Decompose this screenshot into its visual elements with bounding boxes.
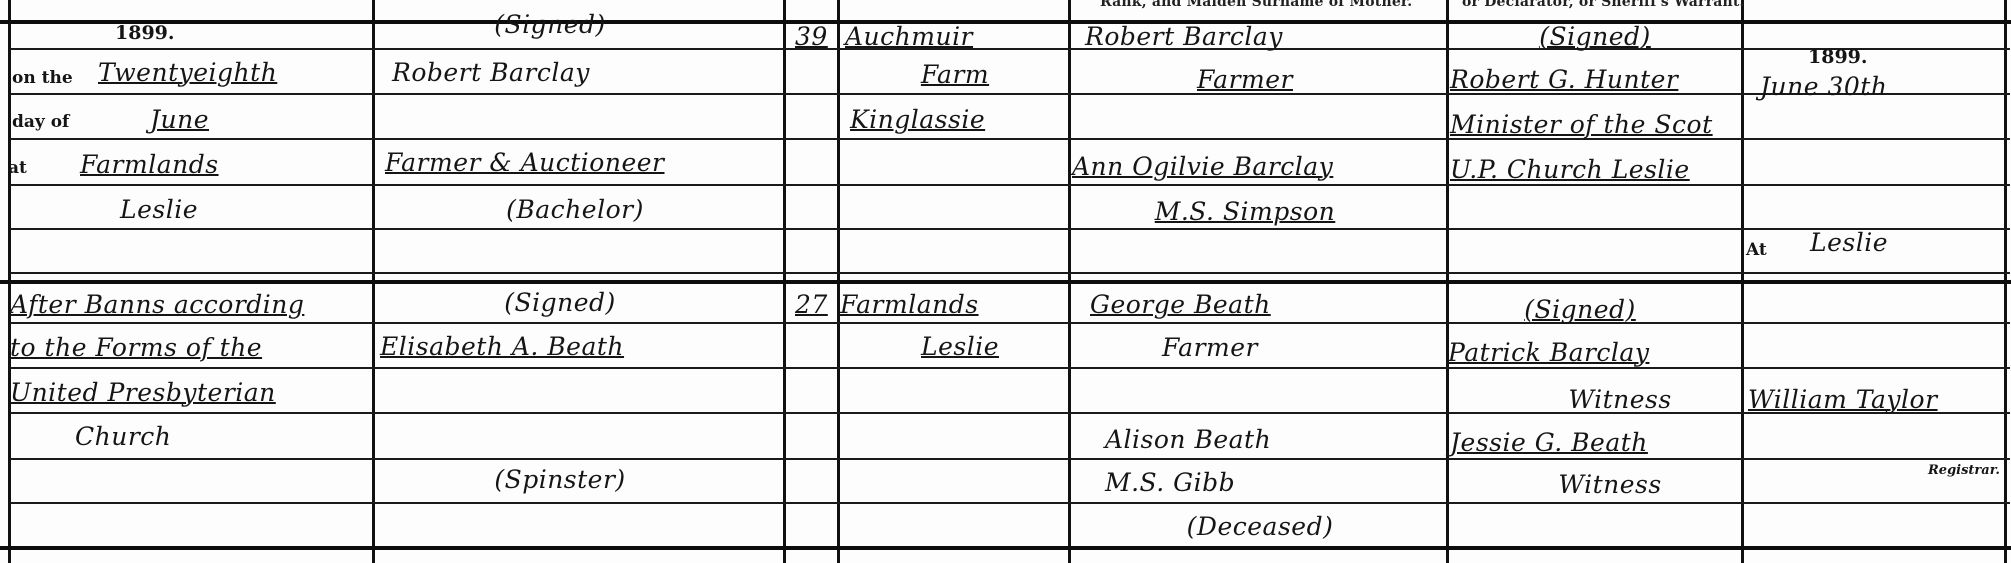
groom-mother-name: Ann Ogilvie Barclay (1072, 152, 1333, 181)
officiant-signed: (Signed) (1539, 22, 1651, 51)
groom-residence-2: Farm (921, 60, 989, 89)
bride-residence-2: Leslie (921, 332, 999, 361)
witness2-name: Jessie G. Beath (1450, 428, 1648, 457)
marriage-place-2: Leslie (120, 195, 198, 224)
header-mother-column: Rank, and Maiden Surname of Mother. (1100, 0, 1412, 10)
bride-age: 27 (795, 290, 828, 319)
row-rule (10, 48, 2010, 50)
row-rule (10, 184, 2010, 186)
header-declarator-column: or Declarator, or Sheriff's Warrant. (1462, 0, 1745, 10)
groom-father-occupation: Farmer (1197, 65, 1293, 94)
marriage-place-1: Farmlands (80, 150, 219, 179)
row-rule (10, 228, 2010, 230)
bride-status: (Spinster) (494, 465, 625, 494)
groom-residence-1: Auchmuir (845, 22, 973, 51)
officiant-title-2: U.P. Church Leslie (1450, 155, 1690, 184)
groom-status: (Bachelor) (506, 195, 644, 224)
marriage-month: June (150, 105, 209, 134)
on-the-label: on the (12, 68, 73, 88)
bride-residence-1: Farmlands (840, 290, 979, 319)
bride-father-occupation: Farmer (1162, 333, 1258, 362)
witnesses-signed: (Signed) (1524, 295, 1636, 324)
registration-date: June 30th (1760, 72, 1887, 101)
ceremony-line-1: After Banns according (10, 290, 304, 319)
row-rule (10, 412, 2010, 414)
header-rule (0, 20, 2011, 24)
witness2-role: Witness (1558, 470, 1661, 499)
officiant-name: Robert G. Hunter (1450, 65, 1678, 94)
groom-signed: (Signed) (494, 10, 606, 39)
groom-name: Robert Barclay (392, 58, 590, 87)
registrar-label: Registrar. (1928, 463, 2000, 478)
row-rule (10, 93, 2010, 95)
block-rule (0, 546, 2011, 550)
registrar-signature: William Taylor (1748, 385, 1938, 414)
row-rule (10, 458, 2010, 460)
day-of-label: day of (12, 112, 69, 132)
groom-father-name: Robert Barclay (1085, 22, 1283, 51)
at-label: at (8, 158, 27, 178)
officiant-title-1: Minister of the Scot (1450, 110, 1713, 139)
ceremony-line-2: to the Forms of the (10, 333, 262, 362)
witness1-name: Patrick Barclay (1448, 338, 1649, 367)
marriage-day: Twentyeighth (98, 58, 277, 87)
groom-age: 39 (795, 22, 828, 51)
bride-mother-note: (Deceased) (1187, 512, 1334, 541)
groom-residence-3: Kinglassie (850, 105, 985, 134)
groom-occupation: Farmer & Auctioneer (385, 148, 665, 177)
register-page: Rank, and Maiden Surname of Mother. or D… (0, 0, 2011, 563)
bride-mother-maiden: M.S. Gibb (1105, 468, 1235, 497)
row-rule (10, 322, 2010, 324)
bride-mother-name: Alison Beath (1105, 425, 1271, 454)
bride-signed: (Signed) (504, 288, 616, 317)
registration-at-label: At (1746, 240, 1767, 260)
year-printed: 1899. (115, 22, 175, 44)
ceremony-line-4: Church (75, 422, 171, 451)
block-rule (0, 280, 2011, 284)
row-rule (10, 502, 2010, 504)
row-rule (10, 367, 2010, 369)
registration-place: Leslie (1810, 228, 1888, 257)
ceremony-line-3: United Presbyterian (10, 378, 276, 407)
row-rule (10, 272, 2010, 274)
bride-name: Elisabeth A. Beath (380, 332, 624, 361)
witness1-role: Witness (1568, 385, 1671, 414)
groom-mother-maiden: M.S. Simpson (1155, 197, 1336, 226)
registration-year: 1899. (1808, 46, 1868, 68)
bride-father-name: George Beath (1090, 290, 1271, 319)
